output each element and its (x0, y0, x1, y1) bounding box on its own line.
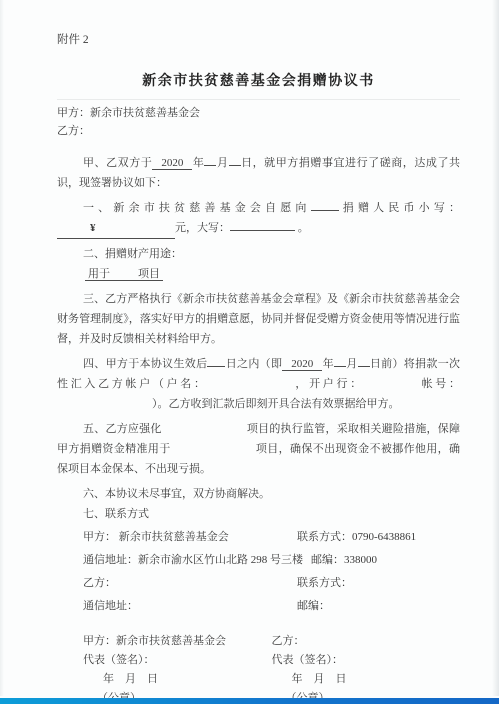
title-divider (57, 99, 460, 100)
amount-blank-field: ¥ (57, 218, 175, 239)
project-gap-field-1 (162, 431, 247, 432)
party-a-line: 甲方：新余市扶贫慈善基金会 (57, 104, 460, 122)
contact-row-party-a-address: 通信地址：新余市渝水区竹山北路 298 号三楼 邮编：338000 (57, 551, 460, 570)
document-content: 附件 2 新余市扶贫慈善基金会捐赠协议书 甲方：新余市扶贫慈善基金会 乙方： 甲… (57, 0, 460, 704)
usage-underlined-field: 用于项目 (85, 268, 163, 281)
account-name-gap-field (208, 386, 293, 387)
page-right-edge-shadow (492, 0, 499, 696)
signature-party-b: 乙方： 代表（签名）： 年 月 日 （公章） (272, 632, 461, 704)
days-blank-field (207, 354, 225, 367)
party-b-line: 乙方： (57, 122, 460, 140)
clause-1-paragraph: 一、新余市扶贫慈善基金会自愿向捐赠人民币小写：¥元，大写： 。 (57, 198, 460, 239)
clause-4-paragraph: 四、甲方于本协议生效后日之内（即2020年月日前）将捐款一次性汇入乙方帐户（户名… (57, 354, 460, 414)
document-title: 新余市扶贫慈善基金会捐赠协议书 (57, 72, 460, 92)
contact-row-party-a: 甲方： 新余市扶贫慈善基金会 联系方式：0790-6438861 (57, 528, 460, 547)
preamble-text-3: 月 (216, 157, 228, 169)
party-b-phone: 联系方式： (297, 574, 352, 593)
party-a-contact-name: 甲方： 新余市扶贫慈善基金会 (83, 528, 297, 547)
sig-b-name: 乙方： (272, 632, 461, 651)
sig-b-rep: 代表（签名）： (272, 651, 461, 670)
amount-words-blank-field (230, 218, 295, 231)
account-number-gap-field (57, 406, 152, 407)
clause-4-text-7: 帐号： (419, 378, 460, 390)
clause-4-text-4: 月 (346, 358, 358, 370)
page-left-edge-shadow (0, 0, 4, 696)
contact-row-party-b-address: 通信地址： 邮编： (57, 597, 460, 616)
signature-block: 甲方：新余市扶贫慈善基金会 代表（签名）： 年 月 日 （公章） 乙方： 代表（… (57, 632, 460, 704)
usage-blank-field (110, 276, 138, 277)
party-b-zip: 邮编： (297, 597, 330, 616)
clause-4-text-6: ，开户行： (293, 378, 364, 390)
clause-1-text-1: 一、新余市扶贫慈善基金会自愿向 (83, 202, 311, 214)
clause-1-text-2: 捐赠人民币小写： (339, 202, 460, 214)
clause-2-usage-line: 用于项目 (57, 264, 460, 284)
party-a-address: 通信地址：新余市渝水区竹山北路 298 号三楼 (83, 551, 311, 570)
clause-1-text-3: 元，大写： (175, 222, 230, 234)
bank-gap-field (364, 386, 419, 387)
bottom-accent-bar (0, 698, 499, 704)
party-a-phone: 联系方式：0790-6438861 (297, 528, 416, 547)
clause-3-paragraph: 三、乙方严格执行《新余市扶贫慈善基金会章程》及《新余市扶贫慈善基金会财务管理制度… (57, 289, 460, 349)
scanned-document-page: 附件 2 新余市扶贫慈善基金会捐赠协议书 甲方：新余市扶贫慈善基金会 乙方： 甲… (0, 0, 499, 704)
clause-7-heading: 七、联系方式 (57, 504, 460, 524)
project-gap-field-2 (171, 451, 256, 452)
contacts-block: 甲方： 新余市扶贫慈善基金会 联系方式：0790-6438861 通信地址：新余… (57, 528, 460, 616)
clause-5-paragraph: 五、乙方应强化项目的执行监管，采取相关避险措施，保障甲方捐赠资金精准用于项目，确… (57, 419, 460, 479)
usage-prefix: 用于 (88, 268, 110, 280)
preamble-text-1: 甲、乙双方于 (83, 157, 152, 169)
attachment-label: 附件 2 (57, 30, 460, 50)
preamble-text-2: 年 (192, 157, 204, 169)
clause-4-text-3: 年 (322, 358, 334, 370)
day-blank-field-2 (358, 354, 370, 367)
clause-5-text-1: 五、乙方应强化 (83, 423, 162, 435)
clause-4-text-1: 四、甲方于本协议生效后 (83, 358, 207, 370)
sig-b-date: 年 月 日 (272, 670, 461, 689)
recipient-blank-field (311, 198, 339, 211)
party-b-contact-name: 乙方： (83, 574, 297, 593)
month-blank-field-2 (334, 354, 346, 367)
preamble-paragraph: 甲、乙双方于2020年月日，就甲方捐赠事宜进行了磋商，达成了共识，现签署协议如下… (57, 153, 460, 193)
party-a-zip: 邮编：338000 (311, 551, 377, 570)
party-b-address: 通信地址： (83, 597, 297, 616)
parties-block: 甲方：新余市扶贫慈善基金会 乙方： (57, 104, 460, 140)
signature-party-a: 甲方：新余市扶贫慈善基金会 代表（签名）： 年 月 日 （公章） (83, 632, 272, 704)
clause-4-text-2: 日之内（即 (225, 358, 282, 370)
sig-a-name: 甲方：新余市扶贫慈善基金会 (83, 632, 272, 651)
clause-4-text-8: ）。乙方收到汇款后即刻开具合法有效票据给甲方。 (152, 398, 400, 410)
year-filled-field: 2020 (152, 157, 192, 170)
clause-1-text-4: 。 (298, 222, 309, 234)
usage-suffix: 项目 (138, 268, 160, 280)
month-blank-field (204, 153, 216, 166)
sig-a-date: 年 月 日 (83, 670, 272, 689)
clause-2-heading: 二、捐赠财产用途： (57, 244, 460, 264)
day-blank-field (229, 153, 241, 166)
year-filled-field-2: 2020 (282, 358, 322, 371)
contact-row-party-b: 乙方： 联系方式： (57, 574, 460, 593)
clause-6-paragraph: 六、本协议未尽事宜，双方协商解决。 (57, 484, 460, 504)
sig-a-rep: 代表（签名）： (83, 651, 272, 670)
